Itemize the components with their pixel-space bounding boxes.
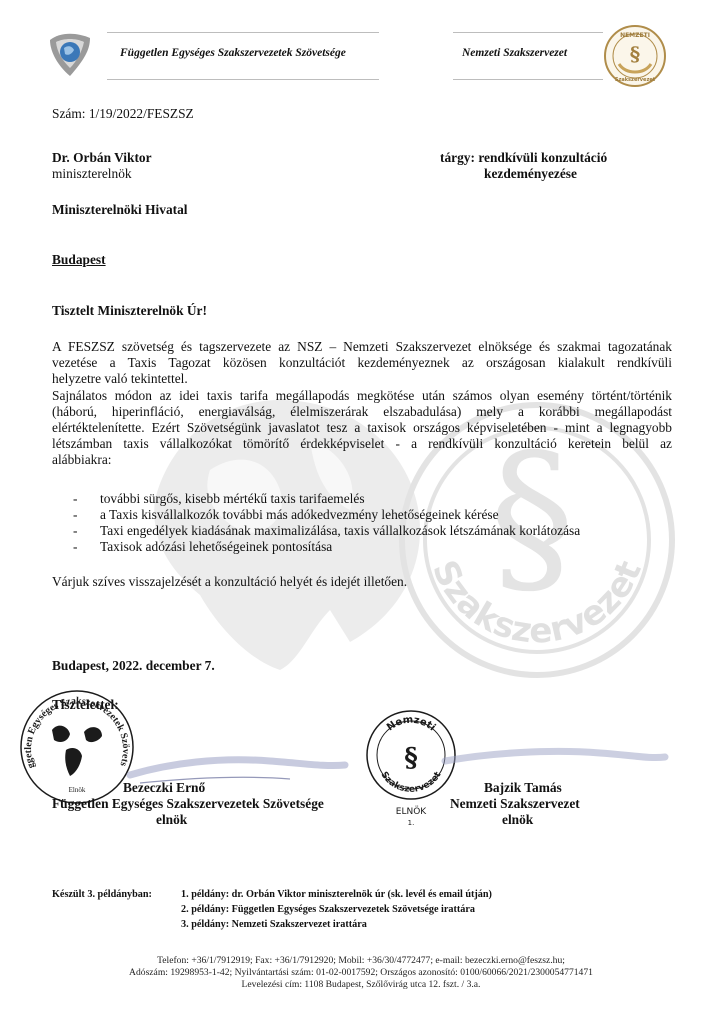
body-paragraph: A FESZSZ szövetség és tagszervezete az N… [52,339,672,469]
svg-text:1.: 1. [408,819,415,827]
svg-text:§: § [630,42,640,66]
body-line: elértéktelenítette. Ezért Szövetségünk j… [52,420,672,436]
header-rule-right-bottom [453,79,603,80]
subject-line-2: kezdeményezése [484,166,577,182]
signatory-1-name: Bezeczki Ernő [123,780,205,796]
request-list: -további sürgős, kisebb mértékű taxis ta… [52,491,580,555]
svg-text:Szakszervezet: Szakszervezet [379,770,444,795]
signature-scribble-2 [440,735,670,785]
body-line: helyzetre való tekintettel. [52,371,672,387]
closing-sentence: Várjuk szíves visszajelzését a konzultác… [52,574,407,590]
nemzeti-szakszervezet-seal-icon: NEMZETI § Szakszervezet [603,24,667,88]
feszsz-globe-logo-icon [46,30,94,78]
svg-text:Nemzeti: Nemzeti [385,715,437,734]
header-left-org: Független Egységes Szakszervezetek Szöve… [120,47,346,59]
body-line: létszámban taxis vállalkozókat tömörítő … [52,436,672,452]
recipient-city: Budapest [52,252,106,268]
header-rule-right-top [453,32,603,33]
request-item: -Taxisok adózási lehetőségeinek pontosít… [52,539,580,555]
signatory-1-role: elnök [156,812,187,828]
svg-text:§: § [404,743,418,773]
salutation: Tisztelt Miniszterelnök Úr! [52,303,207,319]
signatory-2-name: Bajzik Tamás [484,780,562,796]
svg-text:ELNÖK: ELNÖK [396,806,428,817]
recipient-office: Miniszterelnöki Hivatal [52,202,188,218]
signatory-2-role: elnök [502,812,533,828]
header-right-org: Nemzeti Szakszervezet [462,47,567,59]
date-line: Budapest, 2022. december 7. [52,658,215,674]
body-line: A FESZSZ szövetség és tagszervezete az N… [52,339,672,355]
signatory-1-org: Független Egységes Szakszervezetek Szöve… [52,796,324,812]
signatory-2-org: Nemzeti Szakszervezet [450,796,580,812]
reference-number: Szám: 1/19/2022/FESZSZ [52,106,194,122]
copy-item: 2. példány: Független Egységes Szakszerv… [181,903,475,918]
subject-label: tárgy: [440,150,475,165]
svg-text:NEMZETI: NEMZETI [620,32,650,39]
footer-contact: Telefon: +36/1/7912919; Fax: +36/1/79129… [0,955,722,967]
recipient-title: miniszterelnök [52,166,132,182]
feszsz-stamp-icon: Független Egységes Szakszervezetek Szöve… [18,688,136,806]
copies-label: Készült 3. példányban: [52,888,152,903]
subject-line-1: tárgy: rendkívüli konzultáció [440,150,607,166]
request-item: -további sürgős, kisebb mértékű taxis ta… [52,491,580,507]
subject-text-1: rendkívüli konzultáció [478,150,607,165]
request-item: -Taxi engedélyek kiadásának maximalizálá… [52,523,580,539]
body-line: (háború, hiperinfláció, energiaválság, é… [52,404,672,420]
body-line: vezetése a Taxis Tagozat közösen konzult… [52,355,672,371]
header-rule-left-bottom [107,79,379,80]
copy-item: 3. példány: Nemzeti Szakszervezet irattá… [181,918,367,933]
footer-address: Levelezési cím: 1108 Budapest, Szőlővirá… [0,979,722,991]
footer-registration: Adószám: 19298953-1-42; Nyilvántartási s… [0,967,722,979]
recipient-name: Dr. Orbán Viktor [52,150,152,166]
header-rule-left-top [107,32,379,33]
svg-text:Elnök: Elnök [69,786,86,794]
body-line: alábbiakra: [52,452,672,468]
request-item: -a Taxis kisvállalkozók további más adók… [52,507,580,523]
svg-text:Szakszervezet: Szakszervezet [424,554,650,651]
copy-item: 1. példány: dr. Orbán Viktor miniszterel… [181,888,492,903]
svg-text:Szakszervezet: Szakszervezet [615,77,656,83]
body-line: Sajnálatos módon az idei taxis tarifa me… [52,388,672,404]
